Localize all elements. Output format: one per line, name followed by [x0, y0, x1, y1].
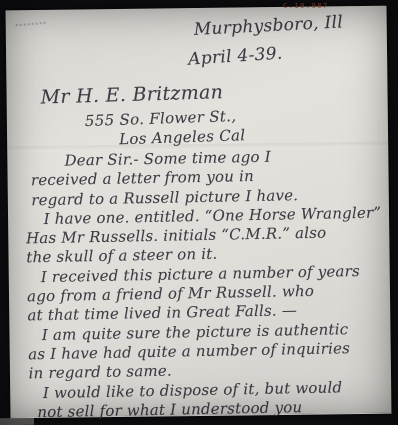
letter-paper: Murphysboro, Ill April 4-39. Mr H. E. Br…: [6, 6, 392, 419]
recipient-name: Mr H. E. Britzman: [40, 81, 223, 108]
date-line: April 4-39.: [188, 44, 284, 70]
backing-sliver: [0, 418, 34, 425]
catalog-number: C.10.987: [283, 2, 329, 10]
letter-body: Dear Sir.- Some time ago Ireceived a let…: [18, 145, 388, 422]
photo-background: C.10.987 Murphysboro, Ill April 4-39. Mr…: [0, 0, 398, 425]
place-line: Murphysboro, Ill: [193, 12, 343, 40]
pencil-marks: [16, 22, 46, 26]
